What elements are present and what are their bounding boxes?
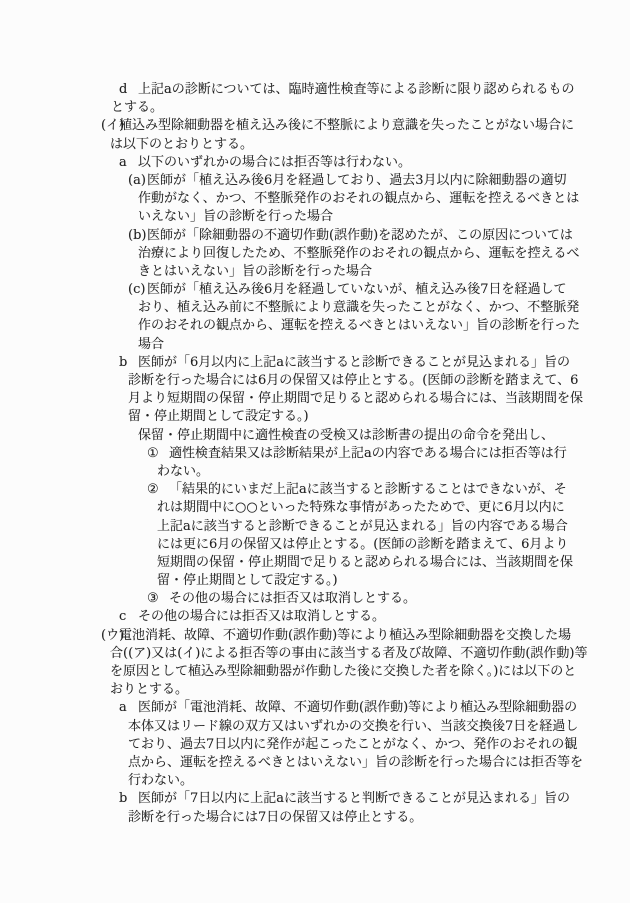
list-marker: (a) bbox=[128, 172, 147, 190]
line-text: わない。 bbox=[157, 464, 209, 479]
line-text: 場合 bbox=[138, 337, 164, 352]
list-marker: ② bbox=[147, 481, 169, 499]
line-text: 合((ア)又は(イ)による拒否等の事由に該当する者及び故障、不適切作動(誤作動)… bbox=[110, 646, 588, 661]
line-text: 診断を行った場合には6月の保留又は停止とする。(医師の診断を踏まえて、6 bbox=[128, 373, 578, 388]
document-line: b医師が「7日以内に上記aに該当すると判断できることが見込まれる」旨の bbox=[0, 790, 630, 808]
list-marker: (イ) bbox=[101, 117, 119, 135]
line-text: 点から、運転を控えるべきとはいえない」旨の診断を行った場合には拒否等を bbox=[128, 755, 583, 770]
line-text: 適性検査結果又は診断結果が上記aの内容である場合には拒否等は行 bbox=[169, 446, 567, 461]
document-line: a医師が「電池消耗、故障、不適切作動(誤作動)等により植込み型除細動器の bbox=[0, 699, 630, 717]
document-line: を原因として植込み型除細動器が作動した後に交換した者を除く。)には以下のと bbox=[0, 663, 630, 681]
document-line: 本体又はリード線の双方又はいずれかの交換を行い、当該交換後7日を経過し bbox=[0, 718, 630, 736]
line-text: 本体又はリード線の双方又はいずれかの交換を行い、当該交換後7日を経過し bbox=[128, 719, 578, 734]
document-line: (b)医師が「除細動器の不適切作動(誤作動)を認めたが、この原因については bbox=[0, 227, 630, 245]
document-line: 治療により回復したため、不整脈発作のおそれの観点から、運転を控えるべ bbox=[0, 245, 630, 263]
line-text: 行わない。 bbox=[128, 773, 193, 788]
line-text: を原因として植込み型除細動器が作動した後に交換した者を除く。)には以下のと bbox=[110, 664, 576, 679]
line-text: 診断を行った場合には7日の保留又は停止とする。 bbox=[128, 810, 422, 825]
document-line: 場合 bbox=[0, 336, 630, 354]
line-text: 留・停止期間として設定する。) bbox=[157, 573, 338, 588]
line-text: 電池消耗、故障、不適切作動(誤作動)等により植込み型除細動器を交換した場 bbox=[119, 628, 571, 643]
list-marker: d bbox=[119, 81, 138, 99]
line-text: おりとする。 bbox=[110, 682, 188, 697]
document-line: は以下のとおりとする。 bbox=[0, 136, 630, 154]
document-line: 点から、運転を控えるべきとはいえない」旨の診断を行った場合には拒否等を bbox=[0, 754, 630, 772]
document-line: 診断を行った場合には6月の保留又は停止とする。(医師の診断を踏まえて、6 bbox=[0, 372, 630, 390]
line-text: 医師が「6月以内に上記aに該当すると診断できることが見込まれる」旨の bbox=[138, 355, 570, 370]
document-line: 保留・停止期間中に適性検査の受検又は診断書の提出の命令を発出し、 bbox=[0, 427, 630, 445]
list-marker: a bbox=[119, 154, 138, 172]
line-text: 「結果的にいまだ上記aに該当すると診断することはできないが、そ bbox=[169, 482, 567, 497]
line-text: 保留・停止期間中に適性検査の受検又は診断書の提出の命令を発出し、 bbox=[138, 428, 554, 443]
line-text: には更に6月の保留又は停止とする。(医師の診断を踏まえて、6月より bbox=[157, 537, 568, 552]
document-line: ①適性検査結果又は診断結果が上記aの内容である場合には拒否等は行 bbox=[0, 445, 630, 463]
document-line: cその他の場合には拒否又は取消しとする。 bbox=[0, 608, 630, 626]
list-marker: ① bbox=[147, 445, 169, 463]
line-text: 治療により回復したため、不整脈発作のおそれの観点から、運転を控えるべ bbox=[138, 246, 579, 261]
document-line: 月より短期間の保留・停止期間で足りると認められる場合には、当該期間を保 bbox=[0, 390, 630, 408]
document-line: ③その他の場合には拒否又は取消しとする。 bbox=[0, 590, 630, 608]
document-line: わない。 bbox=[0, 463, 630, 481]
line-text: は以下のとおりとする。 bbox=[110, 137, 253, 152]
list-marker: b bbox=[119, 790, 138, 808]
document-body: d上記aの診断については、臨時適性検査等による診断に限り認められるものとする。(… bbox=[0, 0, 630, 827]
list-marker: a bbox=[119, 699, 138, 717]
document-line: b医師が「6月以内に上記aに該当すると診断できることが見込まれる」旨の bbox=[0, 354, 630, 372]
line-text: 医師が「植え込み後6月を経過していないが、植え込み後7日を経過して bbox=[147, 282, 567, 297]
list-marker: (c) bbox=[128, 281, 147, 299]
line-text: れは期間中に○○といった特殊な事情があったためで、更に6月以内に bbox=[157, 500, 565, 515]
line-text: 作動がなく、かつ、不整脈発作のおそれの観点から、運転を控えるべきとは bbox=[138, 191, 579, 206]
document-line: 上記aに該当すると診断できることが見込まれる」旨の内容である場合 bbox=[0, 518, 630, 536]
line-text: 上記aに該当すると診断できることが見込まれる」旨の内容である場合 bbox=[157, 519, 568, 534]
document-line: (a)医師が「植え込み後6月を経過しており、過去3月以内に除細動器の適切 bbox=[0, 172, 630, 190]
line-text: 上記aの診断については、臨時適性検査等による診断に限り認められるもの bbox=[138, 82, 575, 97]
line-text: いえない」旨の診断を行った場合 bbox=[138, 209, 333, 224]
line-text: 月より短期間の保留・停止期間で足りると認められる場合には、当該期間を保 bbox=[128, 391, 583, 406]
document-line: (イ)植込み型除細動器を植え込み後に不整脈により意識を失ったことがない場合に bbox=[0, 117, 630, 135]
document-line: いえない」旨の診断を行った場合 bbox=[0, 208, 630, 226]
line-text: おり、植え込み前に不整脈により意識を失ったことがなく、かつ、不整脈発 bbox=[138, 300, 579, 315]
list-marker: (b) bbox=[128, 227, 147, 245]
line-text: その他の場合には拒否又は取消しとする。 bbox=[138, 609, 385, 624]
line-text: 医師が「植え込み後6月を経過しており、過去3月以内に除細動器の適切 bbox=[147, 173, 567, 188]
list-marker: (ウ) bbox=[101, 627, 119, 645]
line-text: 医師が「7日以内に上記aに該当すると判断できることが見込まれる」旨の bbox=[138, 791, 570, 806]
line-text: 医師が「電池消耗、故障、不適切作動(誤作動)等により植込み型除細動器の bbox=[138, 700, 577, 715]
document-page: d上記aの診断については、臨時適性検査等による診断に限り認められるものとする。(… bbox=[0, 0, 630, 903]
list-marker: c bbox=[119, 608, 138, 626]
line-text: とする。 bbox=[111, 100, 163, 115]
line-text: きとはいえない」旨の診断を行った場合 bbox=[138, 264, 372, 279]
line-text: ており、過去7日以内に発作が起こったことがなく、かつ、発作のおそれの観 bbox=[128, 737, 577, 752]
document-line: きとはいえない」旨の診断を行った場合 bbox=[0, 263, 630, 281]
line-text: その他の場合には拒否又は取消しとする。 bbox=[169, 591, 416, 606]
document-line: 行わない。 bbox=[0, 772, 630, 790]
document-line: とする。 bbox=[0, 99, 630, 117]
document-line: 留・停止期間として設定する。) bbox=[0, 572, 630, 590]
line-text: 植込み型除細動器を植え込み後に不整脈により意識を失ったことがない場合に bbox=[119, 118, 574, 133]
document-line: 留・停止期間として設定する。) bbox=[0, 408, 630, 426]
line-text: 医師が「除細動器の不適切作動(誤作動)を認めたが、この原因については bbox=[147, 228, 573, 243]
line-text: 短期間の保留・停止期間で足りると認められる場合には、当該期間を保 bbox=[157, 555, 573, 570]
document-line: ②「結果的にいまだ上記aに該当すると診断することはできないが、そ bbox=[0, 481, 630, 499]
document-line: (ウ)電池消耗、故障、不適切作動(誤作動)等により植込み型除細動器を交換した場 bbox=[0, 627, 630, 645]
document-line: おりとする。 bbox=[0, 681, 630, 699]
document-line: ており、過去7日以内に発作が起こったことがなく、かつ、発作のおそれの観 bbox=[0, 736, 630, 754]
line-text: 以下のいずれかの場合には拒否等は行わない。 bbox=[138, 155, 411, 170]
list-marker: b bbox=[119, 354, 138, 372]
document-line: おり、植え込み前に不整脈により意識を失ったことがなく、かつ、不整脈発 bbox=[0, 299, 630, 317]
document-line: 診断を行った場合には7日の保留又は停止とする。 bbox=[0, 809, 630, 827]
document-line: a以下のいずれかの場合には拒否等は行わない。 bbox=[0, 154, 630, 172]
document-line: 作のおそれの観点から、運転を控えるべきとはいえない」旨の診断を行った bbox=[0, 317, 630, 335]
document-line: (c)医師が「植え込み後6月を経過していないが、植え込み後7日を経過して bbox=[0, 281, 630, 299]
document-line: 合((ア)又は(イ)による拒否等の事由に該当する者及び故障、不適切作動(誤作動)… bbox=[0, 645, 630, 663]
list-marker: ③ bbox=[147, 590, 169, 608]
line-text: 留・停止期間として設定する。) bbox=[128, 409, 309, 424]
document-line: 短期間の保留・停止期間で足りると認められる場合には、当該期間を保 bbox=[0, 554, 630, 572]
document-line: には更に6月の保留又は停止とする。(医師の診断を踏まえて、6月より bbox=[0, 536, 630, 554]
document-line: d上記aの診断については、臨時適性検査等による診断に限り認められるもの bbox=[0, 81, 630, 99]
document-line: れは期間中に○○といった特殊な事情があったためで、更に6月以内に bbox=[0, 499, 630, 517]
document-line: 作動がなく、かつ、不整脈発作のおそれの観点から、運転を控えるべきとは bbox=[0, 190, 630, 208]
line-text: 作のおそれの観点から、運転を控えるべきとはいえない」旨の診断を行った bbox=[138, 318, 580, 333]
